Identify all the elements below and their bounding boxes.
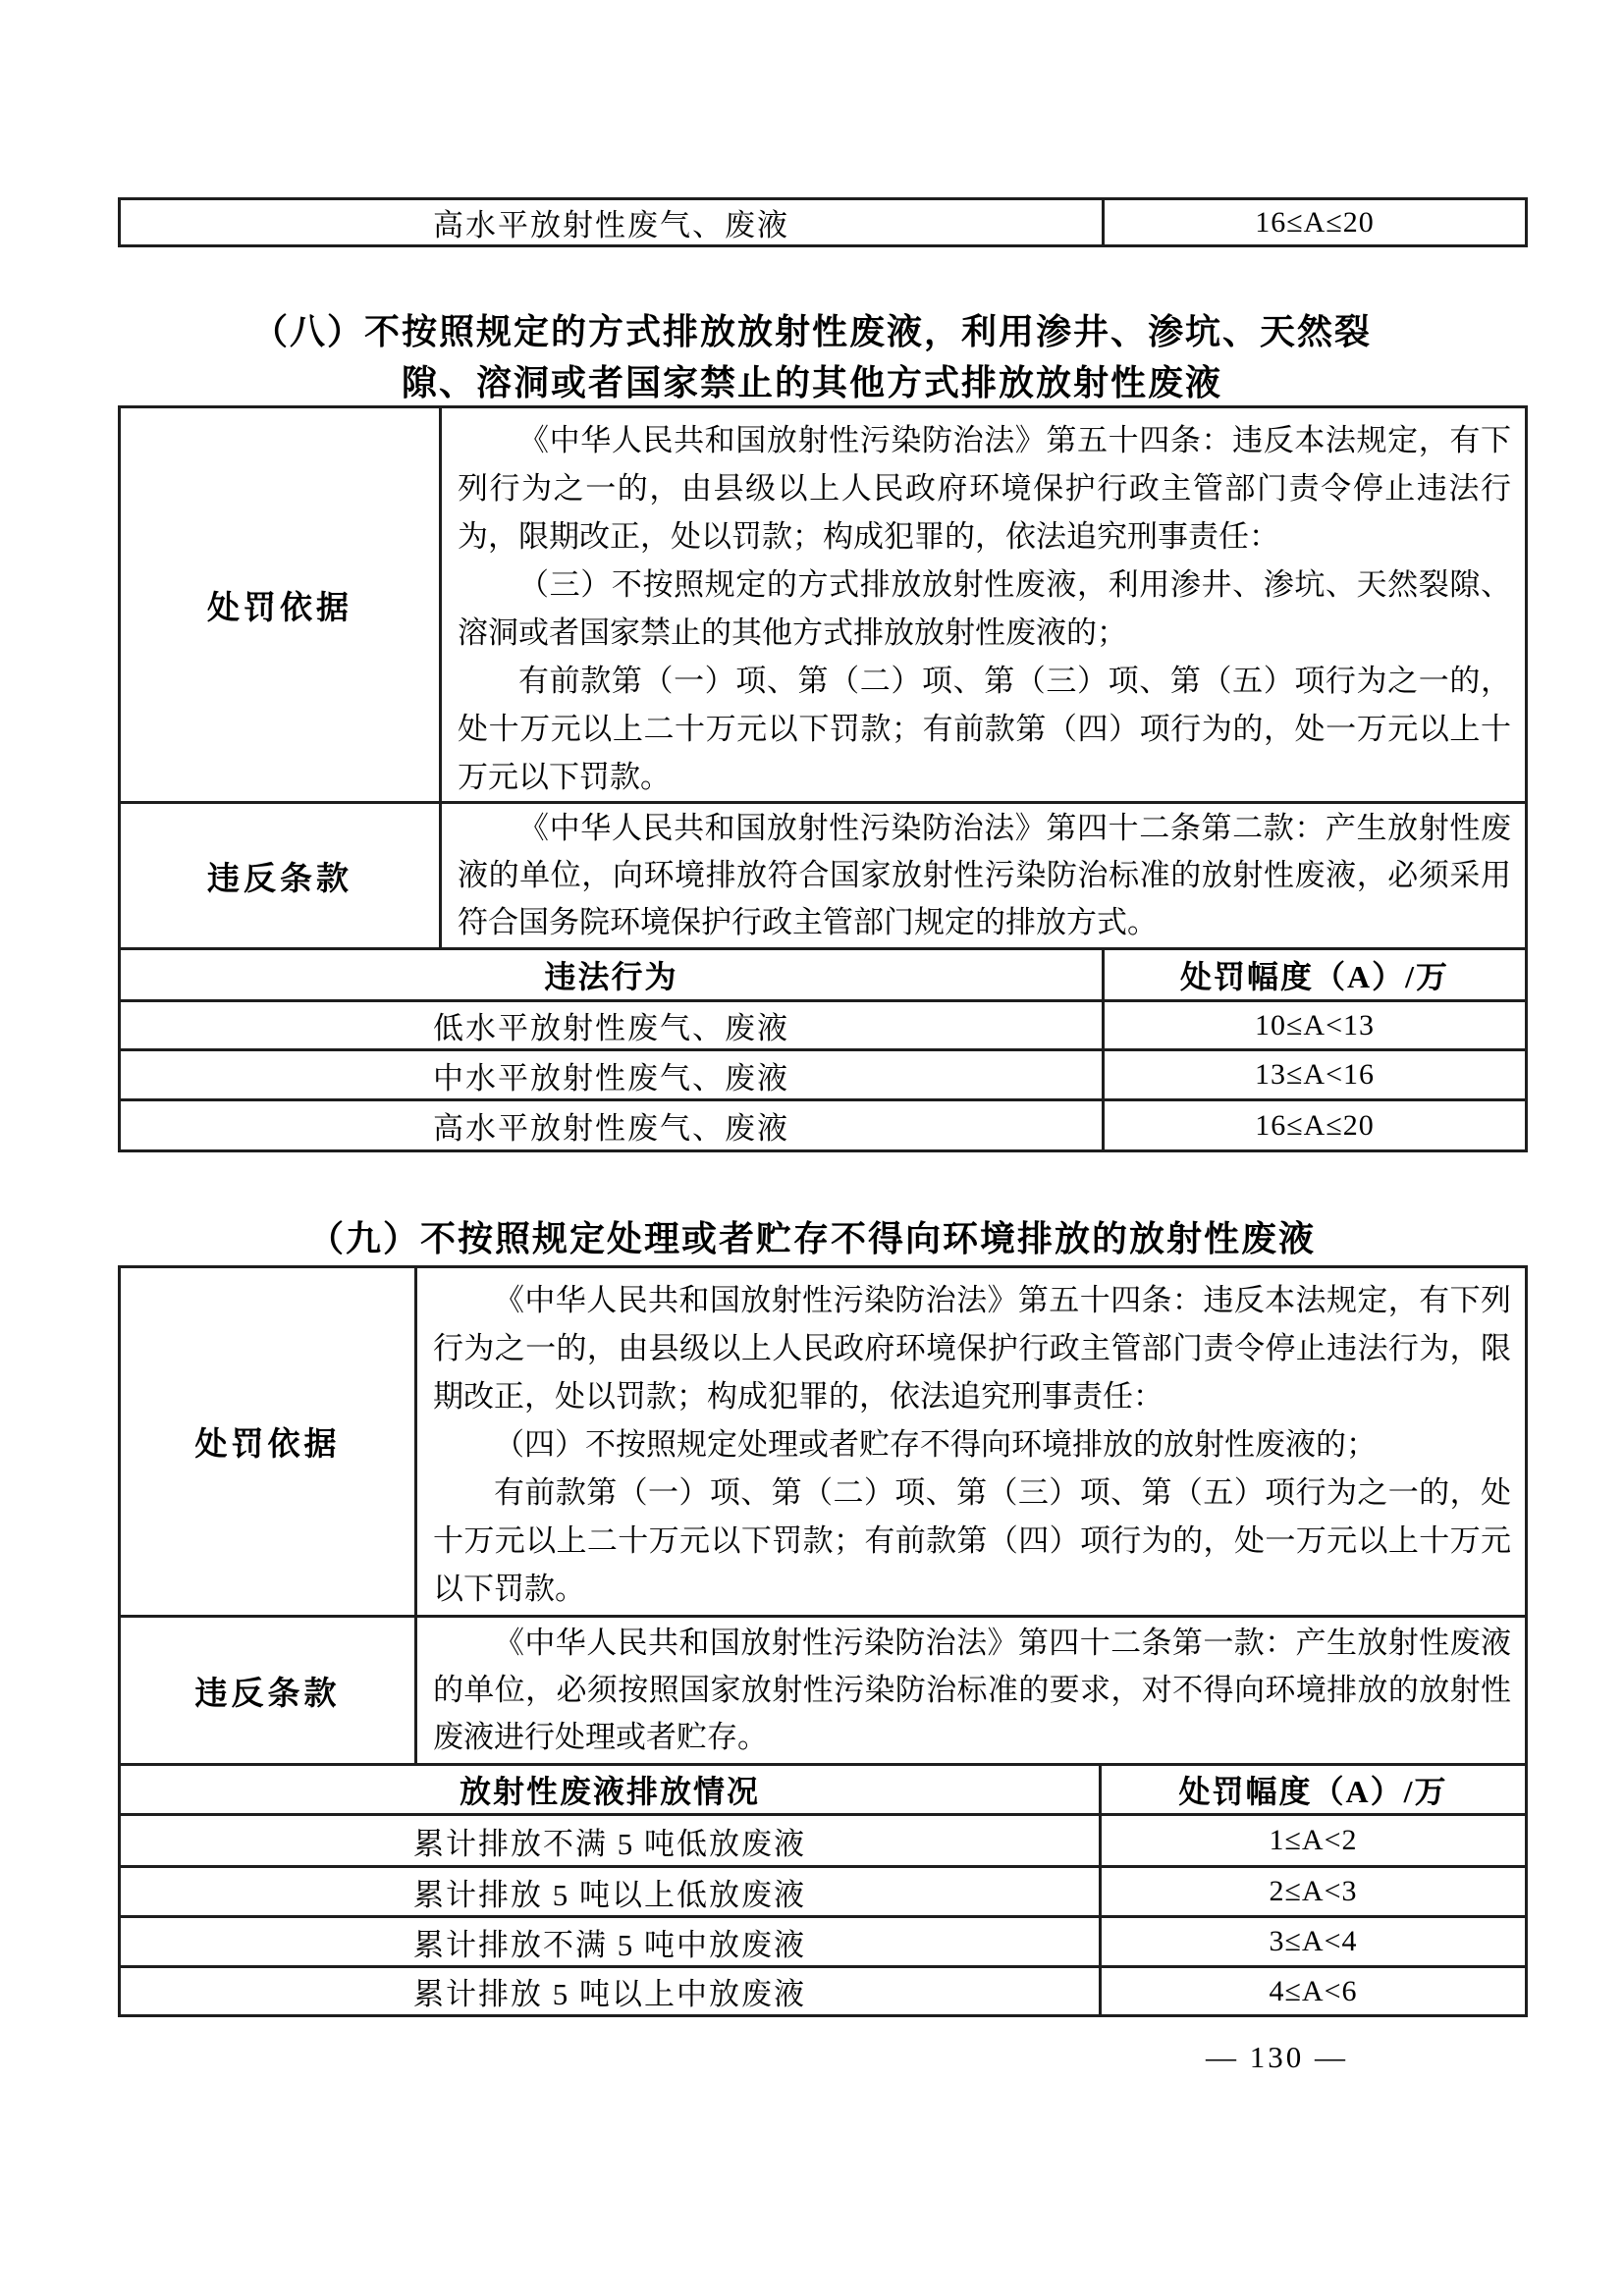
carryover-behavior-cell: 高水平放射性废气、废液 — [121, 200, 1105, 244]
document-page: 高水平放射性废气、废液 16≤A≤20 （八）不按照规定的方式排放放射性废液，利… — [0, 0, 1624, 2296]
behavior-cell: 低水平放射性废气、废液 — [121, 1002, 1105, 1048]
column-header-range: 处罚幅度（A）/万 — [1105, 950, 1525, 999]
table-row: 中水平放射性废气、废液 13≤A<16 — [121, 1048, 1525, 1098]
section-9-heading: （九）不按照规定处理或者贮存不得向环境排放的放射性废液 — [0, 1213, 1624, 1264]
range-cell: 10≤A<13 — [1105, 1002, 1525, 1048]
section-9-heading-line1: （九）不按照规定处理或者贮存不得向环境排放的放射性废液 — [0, 1213, 1624, 1264]
violated-clause-text: 《中华人民共和国放射性污染防治法》第四十二条第二款：产生放射性废液的单位，向环境… — [442, 804, 1525, 947]
section-9-table: 处罚依据 《中华人民共和国放射性污染防治法》第五十四条：违反本法规定，有下列行为… — [118, 1265, 1528, 2017]
behavior-cell: 累计排放 5 吨以上低放废液 — [121, 1868, 1102, 1915]
basis-paragraph: （三）不按照规定的方式排放放射性废液，利用渗井、渗坑、天然裂隙、溶洞或者国家禁止… — [458, 561, 1511, 657]
behavior-cell: 累计排放不满 5 吨低放废液 — [121, 1816, 1102, 1865]
range-cell: 4≤A<6 — [1102, 1968, 1525, 2014]
penalty-basis-label: 处罚依据 — [121, 1268, 417, 1615]
carryover-table: 高水平放射性废气、废液 16≤A≤20 — [118, 197, 1528, 247]
carryover-range-cell: 16≤A≤20 — [1105, 200, 1525, 244]
range-cell: 2≤A<3 — [1102, 1868, 1525, 1915]
basis-paragraph: （四）不按照规定处理或者贮存不得向环境排放的放射性废液的； — [433, 1420, 1511, 1468]
basis-paragraph: 《中华人民共和国放射性污染防治法》第五十四条：违反本法规定，有下列行为之一的，由… — [433, 1276, 1511, 1420]
table-row: 累计排放不满 5 吨中放废液 3≤A<4 — [121, 1915, 1525, 1965]
basis-paragraph: 《中华人民共和国放射性污染防治法》第五十四条：违反本法规定，有下列行为之一的，由… — [458, 416, 1511, 561]
behavior-cell: 累计排放不满 5 吨中放废液 — [121, 1918, 1102, 1965]
penalty-basis-text: 《中华人民共和国放射性污染防治法》第五十四条：违反本法规定，有下列行为之一的，由… — [442, 408, 1525, 801]
column-header-range: 处罚幅度（A）/万 — [1102, 1766, 1525, 1813]
table-row: 累计排放 5 吨以上中放废液 4≤A<6 — [121, 1965, 1525, 2014]
clause-paragraph: 《中华人民共和国放射性污染防治法》第四十二条第一款：产生放射性废液的单位，必须按… — [433, 1620, 1511, 1761]
violated-clause-label: 违反条款 — [121, 804, 442, 947]
violated-clause-label: 违反条款 — [121, 1618, 417, 1763]
section-8-heading: （八）不按照规定的方式排放放射性废液，利用渗井、渗坑、天然裂 隙、溶洞或者国家禁… — [0, 306, 1624, 408]
behavior-cell: 高水平放射性废气、废液 — [121, 1101, 1105, 1149]
clause-paragraph: 《中华人民共和国放射性污染防治法》第四十二条第二款：产生放射性废液的单位，向环境… — [458, 805, 1511, 946]
range-cell: 1≤A<2 — [1102, 1816, 1525, 1865]
behavior-cell: 累计排放 5 吨以上中放废液 — [121, 1968, 1102, 2014]
table-row: 累计排放不满 5 吨低放废液 1≤A<2 — [121, 1813, 1525, 1865]
section-8-heading-line2: 隙、溶洞或者国家禁止的其他方式排放放射性废液 — [0, 357, 1624, 408]
range-cell: 13≤A<16 — [1105, 1051, 1525, 1098]
violated-clause-text: 《中华人民共和国放射性污染防治法》第四十二条第一款：产生放射性废液的单位，必须按… — [417, 1618, 1525, 1763]
table-row: 高水平放射性废气、废液 16≤A≤20 — [121, 1098, 1525, 1149]
penalty-basis-label: 处罚依据 — [121, 408, 442, 801]
penalty-basis-text: 《中华人民共和国放射性污染防治法》第五十四条：违反本法规定，有下列行为之一的，由… — [417, 1268, 1525, 1615]
column-header-behavior: 违法行为 — [121, 950, 1105, 999]
range-cell: 3≤A<4 — [1102, 1918, 1525, 1965]
range-cell: 16≤A≤20 — [1105, 1101, 1525, 1149]
column-header-behavior: 放射性废液排放情况 — [121, 1766, 1102, 1813]
page-number: — 130 — — [1206, 2040, 1348, 2075]
basis-paragraph: 有前款第（一）项、第（二）项、第（三）项、第（五）项行为之一的，处十万元以上二十… — [458, 657, 1511, 801]
behavior-cell: 中水平放射性废气、废液 — [121, 1051, 1105, 1098]
table-row: 累计排放 5 吨以上低放废液 2≤A<3 — [121, 1865, 1525, 1915]
basis-paragraph: 有前款第（一）项、第（二）项、第（三）项、第（五）项行为之一的，处十万元以上二十… — [433, 1468, 1511, 1613]
table-row: 低水平放射性废气、废液 10≤A<13 — [121, 999, 1525, 1048]
section-8-heading-line1: （八）不按照规定的方式排放放射性废液，利用渗井、渗坑、天然裂 — [0, 306, 1624, 357]
section-8-table: 处罚依据 《中华人民共和国放射性污染防治法》第五十四条：违反本法规定，有下列行为… — [118, 405, 1528, 1152]
